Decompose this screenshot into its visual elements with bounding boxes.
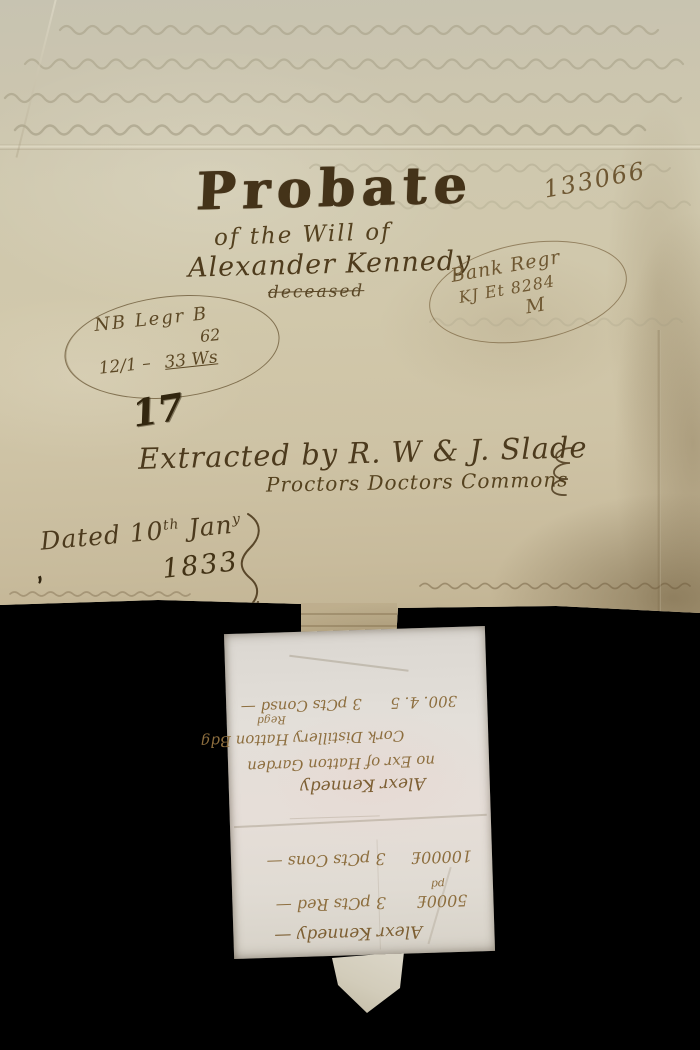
edge-stain-line <box>10 592 190 596</box>
subtitle-deceased: deceased <box>268 281 365 303</box>
left-oval-line-3-underlined: 33 Ws <box>164 347 219 372</box>
slip-name-line-1: Alexr Kennedy — <box>274 921 423 946</box>
parchment-tail <box>330 952 407 1014</box>
bank-stamp-initial: M <box>524 293 548 318</box>
memorandum-slip: Alexr Kennedy — 5000£ 3 pCts Red — pd 10… <box>224 626 495 959</box>
probate-title: Probate <box>195 154 475 222</box>
dated-day: 10 <box>129 516 165 548</box>
photograph-of-probate-document: 133066 Probate of the Will of Alexander … <box>0 0 700 1050</box>
folio-number: 17 <box>129 384 187 436</box>
bleedthrough-line <box>25 60 683 69</box>
slip-stock-entry-1: 5000£ 3 pCts Red — <box>275 891 467 916</box>
bleedthrough-line <box>60 26 658 34</box>
tab-crease <box>301 613 397 615</box>
slip-name-line-2: Alexr Kennedy <box>300 773 426 797</box>
left-oval-line-3: 12/1 – <box>98 353 152 378</box>
slip-stock-entry-2: 10000£ 3 pCts Cons — <box>266 847 472 872</box>
vertical-fold-crease <box>657 330 661 612</box>
slip-paid-note: pd <box>431 877 445 890</box>
bleedthrough-line <box>15 126 645 135</box>
slip-address-line: no Exr of Hatton Garden <box>247 752 435 776</box>
dated-day-suffix: th <box>162 516 180 533</box>
bleedthrough-line <box>5 94 681 102</box>
left-oval-line-2: 62 <box>199 325 221 346</box>
edge-stain-line <box>420 584 690 589</box>
parchment-sheet: 133066 Probate of the Will of Alexander … <box>0 0 700 650</box>
slip-firm-line: Cork Distillery Hatton Bdg <box>201 727 405 751</box>
dated-month-suffix: y <box>231 511 241 528</box>
slip-handwriting-upside-down: Alexr Kennedy — 5000£ 3 pCts Red — pd 10… <box>224 626 495 959</box>
tab-crease <box>301 625 397 627</box>
slip-amount-line: 300. 4. 5 3 pCts Consd — <box>240 692 457 717</box>
horizontal-fold-crease <box>0 144 700 150</box>
dated-month: Jan <box>187 510 233 543</box>
